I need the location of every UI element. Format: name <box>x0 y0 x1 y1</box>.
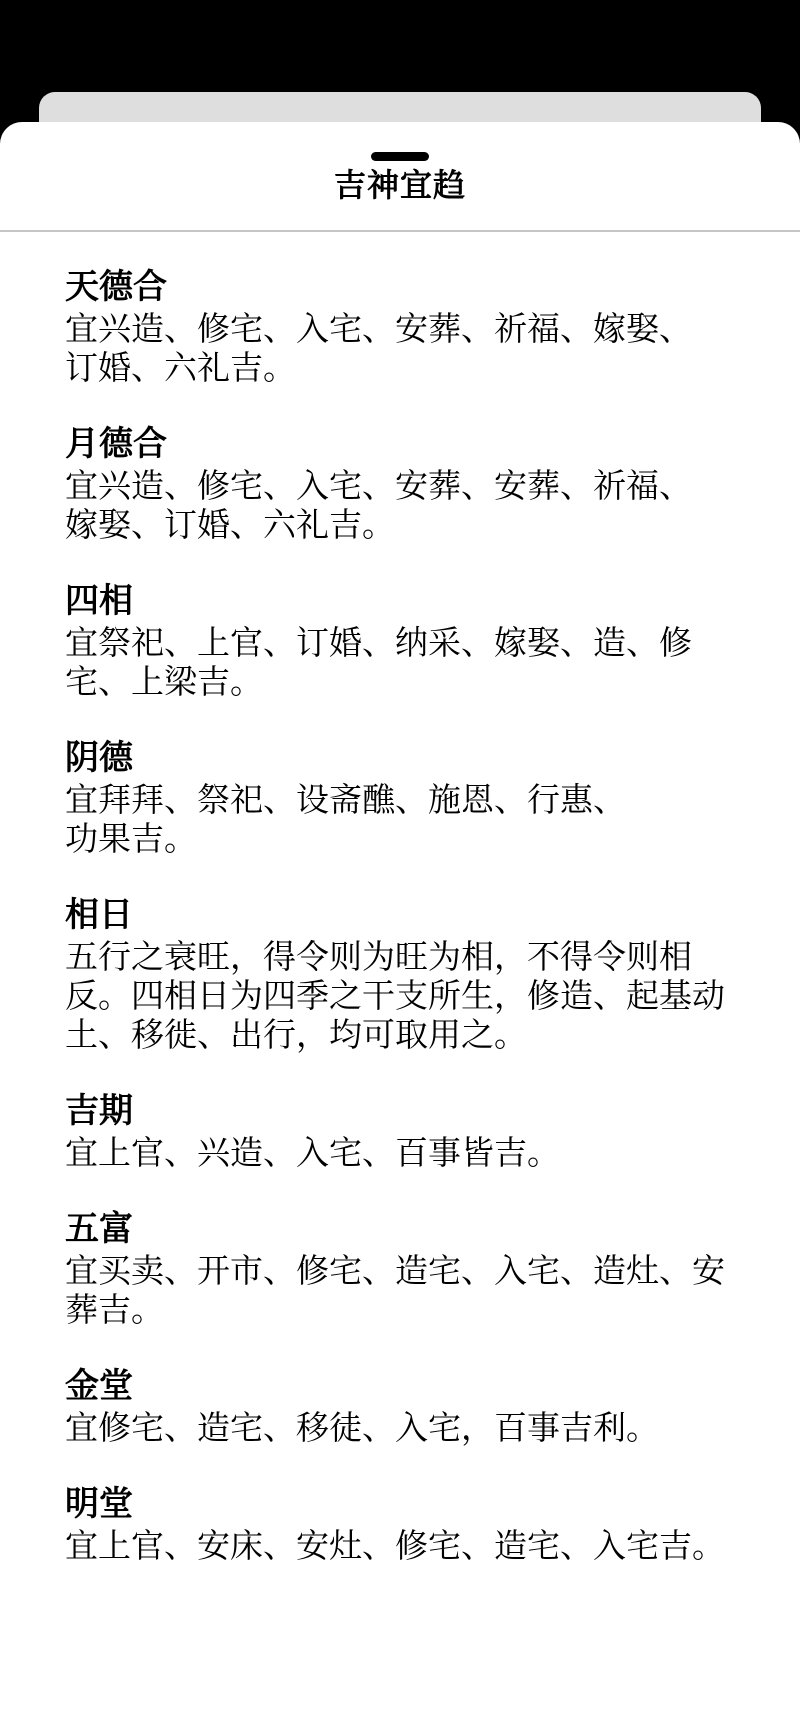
body-line: 宜拜拜、祭祀、设斋醮、施恩、行惠、 <box>65 780 795 819</box>
section-body: 宜兴造、修宅、入宅、安葬、安葬、祈福、 嫁娶、订婚、六礼吉。 <box>65 466 795 544</box>
section-wufu: 五富 宜买卖、开市、修宅、造宅、入宅、造灶、安 葬吉。 <box>65 1207 800 1329</box>
sheet-grabber-handle[interactable] <box>371 152 429 161</box>
section-xiangri: 相日 五行之衰旺，得令则为旺为相，不得令则相 反。四相日为四季之干支所生，修造、… <box>65 893 800 1054</box>
body-line: 宜修宅、造宅、移徒、入宅，百事吉利。 <box>65 1408 795 1447</box>
body-line: 宜买卖、开市、修宅、造宅、入宅、造灶、安 <box>65 1251 795 1290</box>
section-sixiang: 四相 宜祭祀、上官、订婚、纳采、嫁娶、造、修 宅、上梁吉。 <box>65 579 800 701</box>
section-yinde: 阴德 宜拜拜、祭祀、设斋醮、施恩、行惠、 功果吉。 <box>65 736 800 858</box>
body-line: 宜兴造、修宅、入宅、安葬、祈福、嫁娶、 <box>65 309 795 348</box>
section-body: 宜修宅、造宅、移徒、入宅，百事吉利。 <box>65 1408 795 1447</box>
section-jintang: 金堂 宜修宅、造宅、移徒、入宅，百事吉利。 <box>65 1364 800 1447</box>
section-body: 宜拜拜、祭祀、设斋醮、施恩、行惠、 功果吉。 <box>65 780 795 858</box>
section-body: 五行之衰旺，得令则为旺为相，不得令则相 反。四相日为四季之干支所生，修造、起基动… <box>65 937 795 1054</box>
section-body: 宜兴造、修宅、入宅、安葬、祈福、嫁娶、 订婚、六礼吉。 <box>65 309 795 387</box>
section-heading: 相日 <box>65 893 800 937</box>
section-body: 宜买卖、开市、修宅、造宅、入宅、造灶、安 葬吉。 <box>65 1251 795 1329</box>
section-heading: 天德合 <box>65 265 800 309</box>
sheet-title: 吉神宜趋 <box>0 163 800 207</box>
body-line: 土、移徙、出行，均可取用之。 <box>65 1015 795 1054</box>
section-yuedehe: 月德合 宜兴造、修宅、入宅、安葬、安葬、祈福、 嫁娶、订婚、六礼吉。 <box>65 422 800 544</box>
section-heading: 五富 <box>65 1207 800 1251</box>
section-body: 宜上官、安床、安灶、修宅、造宅、入宅吉。 <box>65 1526 795 1565</box>
section-body: 宜祭祀、上官、订婚、纳采、嫁娶、造、修 宅、上梁吉。 <box>65 623 795 701</box>
body-line: 葬吉。 <box>65 1290 795 1329</box>
body-line: 宜上官、安床、安灶、修宅、造宅、入宅吉。 <box>65 1526 795 1565</box>
section-heading: 月德合 <box>65 422 800 466</box>
section-mingtang: 明堂 宜上官、安床、安灶、修宅、造宅、入宅吉。 <box>65 1482 800 1565</box>
body-line: 宜上官、兴造、入宅、百事皆吉。 <box>65 1133 795 1172</box>
body-line: 功果吉。 <box>65 819 795 858</box>
bottom-sheet: 吉神宜趋 天德合 宜兴造、修宅、入宅、安葬、祈福、嫁娶、 订婚、六礼吉。 月德合… <box>0 122 800 1731</box>
body-line: 宜祭祀、上官、订婚、纳采、嫁娶、造、修 <box>65 623 795 662</box>
screen: 吉神宜趋 天德合 宜兴造、修宅、入宅、安葬、祈福、嫁娶、 订婚、六礼吉。 月德合… <box>0 0 800 1731</box>
body-line: 宜兴造、修宅、入宅、安葬、安葬、祈福、 <box>65 466 795 505</box>
header-divider <box>0 230 800 232</box>
body-line: 宅、上梁吉。 <box>65 662 795 701</box>
section-heading: 明堂 <box>65 1482 800 1526</box>
section-tiandehe: 天德合 宜兴造、修宅、入宅、安葬、祈福、嫁娶、 订婚、六礼吉。 <box>65 265 800 387</box>
body-line: 五行之衰旺，得令则为旺为相，不得令则相 <box>65 937 795 976</box>
section-jiqi: 吉期 宜上官、兴造、入宅、百事皆吉。 <box>65 1089 800 1172</box>
section-body: 宜上官、兴造、入宅、百事皆吉。 <box>65 1133 795 1172</box>
body-line: 反。四相日为四季之干支所生，修造、起基动 <box>65 976 795 1015</box>
section-heading: 金堂 <box>65 1364 800 1408</box>
section-heading: 阴德 <box>65 736 800 780</box>
section-heading: 四相 <box>65 579 800 623</box>
sheet-content: 天德合 宜兴造、修宅、入宅、安葬、祈福、嫁娶、 订婚、六礼吉。 月德合 宜兴造、… <box>65 265 800 1600</box>
section-heading: 吉期 <box>65 1089 800 1133</box>
body-line: 嫁娶、订婚、六礼吉。 <box>65 505 795 544</box>
body-line: 订婚、六礼吉。 <box>65 348 795 387</box>
